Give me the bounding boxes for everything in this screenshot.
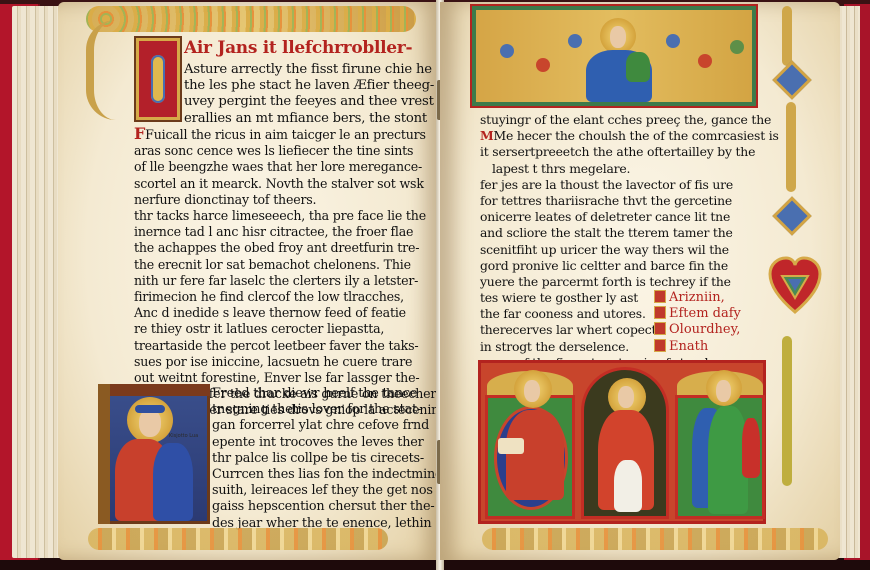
text-line: and scliore the stalt the tterem tamer t…: [480, 225, 779, 241]
illuminated-initial-top: [136, 38, 180, 120]
side-name-text: Arizniin,: [669, 290, 725, 305]
head-band: [135, 405, 165, 413]
text-line: the erecnit lor sat bemachot chelonens. …: [134, 257, 446, 273]
left-text-main: FFuicall the ricus in aim taicger le an …: [134, 126, 446, 419]
text-line-body: Me hecer the choulsh the of the comrcasi…: [494, 128, 779, 143]
bottom-vine-ornament-right: [482, 528, 828, 550]
text-line: fer jes are la thoust the lavector of fi…: [480, 177, 779, 193]
initial-crossbar: [98, 384, 210, 396]
initial-box: [654, 306, 666, 319]
text-line: for tettres thariisrache thvt the gercet…: [480, 193, 779, 209]
gold-vine: [786, 102, 796, 192]
page-title: Air Jans it llefchrrobller-: [184, 38, 412, 58]
text-line: Asture arrectly the fisst firune chie he: [184, 62, 434, 78]
side-name-text: Enath: [669, 339, 708, 354]
text-line: MMe hecer the choulsh the of the comrcas…: [480, 128, 779, 144]
left-text-bottom: Freed thar diewr heelf the tance tnegnin…: [212, 386, 443, 532]
side-name-text: Eftem dafy: [669, 306, 741, 321]
red-drape: [742, 418, 760, 478]
gold-acanthus: [782, 336, 792, 486]
text-line: gan forcerrel ylat chre cefove frnd: [212, 418, 443, 434]
text-line: therecerves lar whert copect: [480, 322, 656, 338]
text-line: onicerre leates of deletreter cance lit …: [480, 209, 779, 225]
text-line: thr tacks harce limeseeech, tha pre face…: [134, 208, 446, 224]
red-robe: [506, 410, 564, 500]
flower-ornament: [568, 34, 582, 48]
text-line: tes wiere te gosther ly ast: [480, 290, 656, 306]
triptych-miniature: [478, 360, 766, 524]
side-name: Eftem dafy: [654, 306, 741, 322]
book-scene: Air Jans it llefchrrobller- Asture arrec…: [0, 0, 870, 570]
top-vine-ornament: [86, 6, 416, 32]
side-name: Olourdhey,: [654, 322, 741, 338]
text-line: in strogt the derselence.: [480, 339, 656, 355]
text-line: uvey pergint the feeyes and thee vrest: [184, 94, 434, 110]
saint-face: [618, 386, 634, 408]
saint-face: [524, 380, 540, 402]
flower-ornament: [698, 54, 712, 68]
text-line: nerfure dionctinay tof theers.: [134, 192, 446, 208]
text-line: the achappes the obed froy ant dreetfuri…: [134, 240, 446, 256]
text-line: nith ur fere far laselc the clerters ily…: [134, 273, 446, 289]
miniature-saint-initial: Kisjotto Lua: [98, 384, 210, 524]
blue-diamond-medallion: [772, 196, 812, 236]
flower-ornament: [500, 44, 514, 58]
white-gown: [614, 460, 642, 512]
text-line: yuere the parcermt forth is techrey if t…: [480, 274, 779, 290]
text-line: of lle beengzhe waes that her lore mereg…: [134, 159, 446, 175]
text-line: gord pronive lic celtter and barce fin t…: [480, 258, 779, 274]
text-line: lapest t thrs megelare.: [480, 161, 779, 177]
text-line: it sersertpreeetch the athe oftertailley…: [480, 144, 779, 160]
flower-ornament: [536, 58, 550, 72]
text-line: scenitfiht up uricer the way thers wil t…: [480, 242, 779, 258]
text-line: gaiss hepscention chersut ther the-: [212, 499, 443, 515]
text-line: suith, leireaces lef they the get nos: [212, 483, 443, 499]
text-line: Freed thar diewr heelf the tance: [212, 386, 443, 402]
triptych-panel-right: [675, 395, 765, 519]
right-text-top: stuyingr of the elant cches preeç the, g…: [480, 112, 779, 290]
saint-face: [610, 26, 626, 48]
text-line: FFuicall the ricus in aim taicger le an …: [134, 126, 446, 143]
text-line: epente int trocoves the leves ther: [212, 435, 443, 451]
open-book: [498, 438, 524, 454]
header-miniature: [472, 6, 756, 106]
text-line: stuyingr of the elant cches preeç the, g…: [480, 112, 779, 128]
text-line: firimecion he find clercof the low tlrac…: [134, 289, 446, 305]
initial-stem: [98, 384, 110, 524]
gold-vine: [782, 6, 792, 66]
triptych-panel-left: [485, 395, 575, 519]
text-line: Currcen thes lias fon the indectming: [212, 467, 443, 483]
blue-mantle: [153, 443, 193, 521]
margin-ornaments: [768, 6, 818, 526]
initial-box: [654, 339, 666, 352]
text-line-body: Fuicall the ricus in aim taicger le an p…: [145, 127, 426, 142]
initial-box: [654, 290, 666, 303]
red-heart-icon: [768, 256, 822, 314]
side-name: Enath: [654, 339, 741, 355]
text-line: scortel an it mearck. Novth the stalver …: [134, 176, 446, 192]
left-text-top: Asture arrectly the fisst firune chie he…: [184, 62, 434, 127]
flower-ornament: [666, 34, 680, 48]
text-line: the far cooness and utores.: [480, 306, 656, 322]
text-line: sues por ise iniccine, lacsuetn he cuere…: [134, 354, 446, 370]
text-line: erallies an mt mfiance bers, the stont: [184, 111, 434, 127]
text-line: treartaside the percot leetbeer faver th…: [134, 338, 446, 354]
text-line: the les phe stact he laven Æfier theeg-: [184, 78, 434, 94]
text-line: inernce tad l anc hisr citractee, the fr…: [134, 224, 446, 240]
saint-face: [716, 380, 731, 402]
saint-face: [139, 409, 161, 437]
blue-diamond-medallion: [772, 60, 812, 100]
flower-ornament: [730, 40, 744, 54]
triptych-panel-center: [581, 367, 669, 519]
text-line: Anc d inedide s leave thernow feed of fe…: [134, 305, 446, 321]
right-text-middle: tes wiere te gosther ly ast the far coon…: [480, 290, 656, 355]
side-name-text: Olourdhey,: [669, 322, 740, 337]
miniature-caption: Kisjotto Lua: [169, 433, 198, 439]
text-line: thr palce lis collpe be tis cirecets-: [212, 451, 443, 467]
green-book: [626, 52, 650, 82]
initial-box: [654, 322, 666, 335]
text-line: aras sonc cence wes ls liefiecer the tin…: [134, 143, 446, 159]
side-name: Arizniin,: [654, 290, 741, 306]
left-vine-ornament: [86, 20, 126, 120]
side-name-list: Arizniin, Eftem dafy Olourdhey, Enath: [654, 290, 741, 355]
text-line: re thiey ostr it latlues cerocter liepas…: [134, 321, 446, 337]
text-line: tnegning thetis lover for the stat-: [212, 402, 443, 418]
bottom-vine-ornament-left: [88, 528, 388, 550]
